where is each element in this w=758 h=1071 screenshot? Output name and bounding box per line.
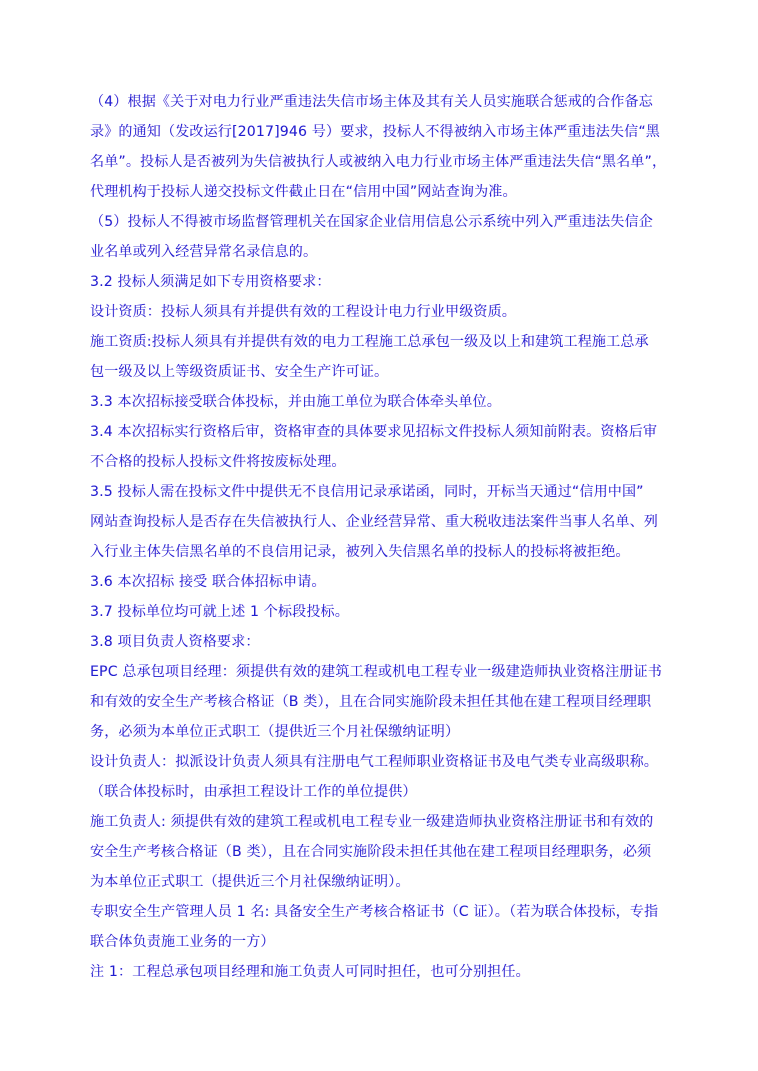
text-line: （联合体投标时，由承担工程设计工作的单位提供） [90,777,656,807]
text-line: 和有效的安全生产考核合格证（B 类），且在合同实施阶段未担任其他在建工程项目经理… [90,687,656,717]
section-heading-3-5: 3.5 投标人需在投标文件中提供无不良信用记录承诺函，同时，开标当天通过“信用中… [90,477,656,507]
section-heading-3-8: 3.8 项目负责人资格要求： [90,627,656,657]
section-heading-3-7: 3.7 投标单位均可就上述 1 个标段投标。 [90,597,656,627]
text-line: 录》的通知（发改运行[2017]946 号）要求，投标人不得被纳入市场主体严重违… [90,117,656,147]
text-line: 施工负责人: 须提供有效的建筑工程或机电工程专业一级建造师执业资格注册证书和有效… [90,807,656,837]
section-heading-3-6: 3.6 本次招标 接受 联合体招标申请。 [90,567,656,597]
document-page: （4）根据《关于对电力行业严重违法失信市场主体及其有关人员实施联合惩戒的合作备忘… [90,87,656,987]
text-line: 设计负责人：拟派设计负责人须具有注册电气工程师职业资格证书及电气类专业高级职称。 [90,747,656,777]
text-line: 网站查询投标人是否存在失信被执行人、企业经营异常、重大税收违法案件当事人名单、列 [90,507,656,537]
text-line: 代理机构于投标人递交投标文件截止日在“信用中国”网站查询为准。 [90,177,656,207]
text-line: 入行业主体失信黑名单的不良信用记录，被列入失信黑名单的投标人的投标将被拒绝。 [90,537,656,567]
section-heading-3-4: 3.4 本次招标实行资格后审，资格审查的具体要求见招标文件投标人须知前附表。资格… [90,417,656,447]
text-line: 包一级及以上等级资质证书、安全生产许可证。 [90,357,656,387]
text-line: 为本单位正式职工（提供近三个月社保缴纳证明）。 [90,867,656,897]
text-line: 业名单或列入经营异常名录信息的。 [90,237,656,267]
text-line: 施工资质:投标人须具有并提供有效的电力工程施工总承包一级及以上和建筑工程施工总承 [90,327,656,357]
text-line: EPC 总承包项目经理：须提供有效的建筑工程或机电工程专业一级建造师执业资格注册… [90,657,656,687]
section-heading-3-2: 3.2 投标人须满足如下专用资格要求： [90,267,656,297]
text-line: （4）根据《关于对电力行业严重违法失信市场主体及其有关人员实施联合惩戒的合作备忘 [90,87,656,117]
text-line: 联合体负责施工业务的一方） [90,927,656,957]
text-line: 设计资质：投标人须具有并提供有效的工程设计电力行业甲级资质。 [90,297,656,327]
text-line: 安全生产考核合格证（B 类），且在合同实施阶段未担任其他在建工程项目经理职务，必… [90,837,656,867]
text-line: 名单”。投标人是否被列为失信被执行人或被纳入电力行业市场主体严重违法失信“黑名单… [90,147,656,177]
section-heading-3-3: 3.3 本次招标接受联合体投标，并由施工单位为联合体牵头单位。 [90,387,656,417]
text-line: （5）投标人不得被市场监督管理机关在国家企业信用信息公示系统中列入严重违法失信企 [90,207,656,237]
text-line: 专职安全生产管理人员 1 名: 具备安全生产考核合格证书（C 证）。（若为联合体… [90,897,656,927]
note-line: 注 1：工程总承包项目经理和施工负责人可同时担任，也可分别担任。 [90,957,656,987]
text-line: 不合格的投标人投标文件将按废标处理。 [90,447,656,477]
text-line: 务，必须为本单位正式职工（提供近三个月社保缴纳证明） [90,717,656,747]
